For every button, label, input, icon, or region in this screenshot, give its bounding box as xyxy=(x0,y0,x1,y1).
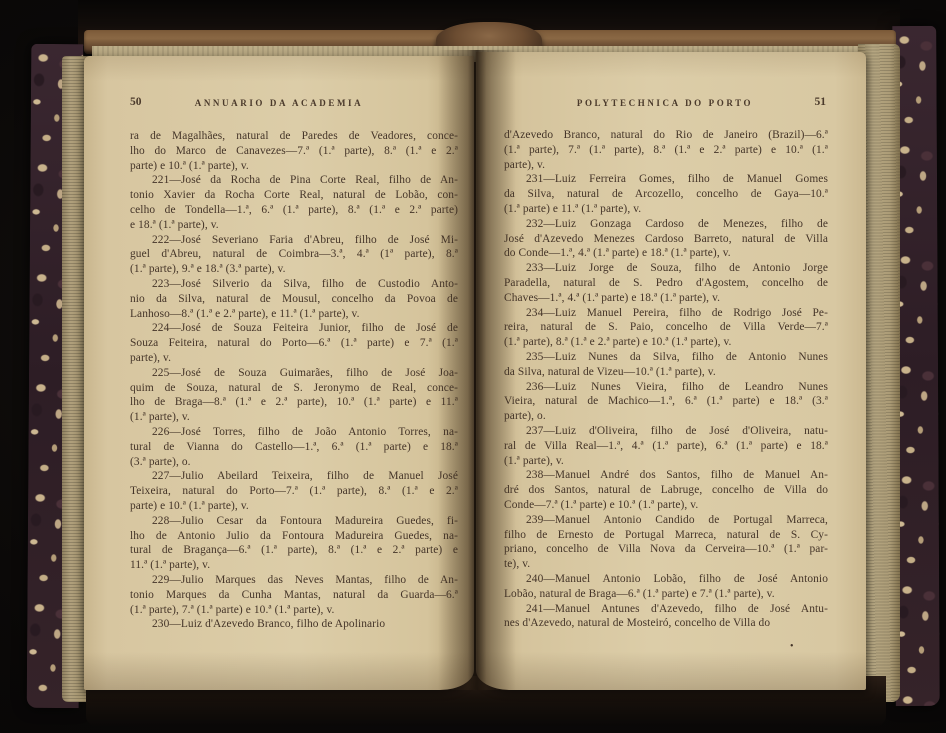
text-line: celho de Tondella—1.ª, 6.ª (1.ª parte), … xyxy=(130,203,458,218)
text-line: 226—José Torres, filho de João Antonio T… xyxy=(130,425,458,440)
text-line: Vieira, natural de Machico—1.ª, 6.ª (1.ª… xyxy=(504,394,828,409)
text-line: 241—Manuel Antunes d'Azevedo, filho de J… xyxy=(504,602,828,617)
text-line: ra de Magalhães, natural de Paredes de V… xyxy=(130,129,458,144)
text-line: Lobão, natural de Braga—6.ª (1.ª parte) … xyxy=(504,587,828,602)
text-line: tural de Bragança—6.ª (1.ª parte), 8.ª (… xyxy=(130,543,458,558)
text-line: tonio Marques da Cunha Mantas, natural d… xyxy=(130,588,458,603)
text-line: 232—Luiz Gonzaga Cardoso de Menezes, fil… xyxy=(504,217,828,232)
text-line: José d'Azevedo Menezes Cardoso Barreto, … xyxy=(504,232,828,247)
text-line: 238—Manuel André dos Santos, filho de Ma… xyxy=(504,468,828,483)
text-line: (3.ª parte), o. xyxy=(130,455,458,470)
text-line: 224—José de Souza Feiteira Junior, filho… xyxy=(130,321,458,336)
printer-mark: • xyxy=(790,641,794,652)
text-line: 233—Luiz Jorge de Souza, filho de Antoni… xyxy=(504,261,828,276)
book-photo: 50 ANNUARIO DA ACADEMIA ra de Magalhães,… xyxy=(0,0,946,733)
text-line: 228—Julio Cesar da Fontoura Madureira Gu… xyxy=(130,514,458,529)
text-line: (1.ª parte), 9.ª e 18.ª (3.ª parte), v. xyxy=(130,262,458,277)
right-page: POLYTECHNICA DO PORTO 51 d'Azevedo Branc… xyxy=(476,52,866,690)
text-line: 237—Luiz d'Oliveira, filho de José d'Oli… xyxy=(504,424,828,439)
right-page-number: 51 xyxy=(815,96,827,108)
right-page-text: d'Azevedo Branco, natural do Rio de Jane… xyxy=(504,128,828,631)
left-page-number: 50 xyxy=(130,96,142,108)
text-line: 223—José Silverio da Silva, filho de Cus… xyxy=(130,277,458,292)
text-line: Paradella, natural de S. Pedro d'Agostem… xyxy=(504,276,828,291)
text-line: 221—José da Rocha de Pina Corte Real, fi… xyxy=(130,173,458,188)
text-line: 235—Luiz Nunes da Silva, filho de Antoni… xyxy=(504,350,828,365)
text-line: priano, concelho de Villa Nova da Cervei… xyxy=(504,542,828,557)
text-line: da Silva, natural de Vizeu—10.ª (1.ª par… xyxy=(504,365,828,380)
text-line: lho de Antonio Julio da Fontoura Madurei… xyxy=(130,529,458,544)
text-line: parte), v. xyxy=(504,158,828,173)
text-line: (1.ª parte) e 11.ª (1.ª parte), v. xyxy=(504,202,828,217)
text-line: (1.ª parte), 7.ª (1.ª parte) e 10.ª (1.ª… xyxy=(130,603,458,618)
text-line: 225—José de Souza Guimarães, filho de Jo… xyxy=(130,366,458,381)
text-line: Teixeira, natural do Porto—7.ª (1.ª part… xyxy=(130,484,458,499)
text-line: 231—Luiz Ferreira Gomes, filho de Manuel… xyxy=(504,172,828,187)
text-line: Chaves—1.ª, 4.ª (1.ª parte) e 18.ª (1.ª … xyxy=(504,291,828,306)
text-line: parte), o. xyxy=(504,409,828,424)
text-line: lho de Braga—8.ª (1.ª e 2.ª parte), 10.ª… xyxy=(130,395,458,410)
text-line: filho de Ernesto de Portugal Marreca, na… xyxy=(504,528,828,543)
text-line: da Silva, natural de Arcozello, concelho… xyxy=(504,187,828,202)
text-line: tural de Vianna do Castello—1.ª, 6.ª (1.… xyxy=(130,440,458,455)
text-line: 227—Julio Abeilard Teixeira, filho de Ma… xyxy=(130,469,458,484)
text-line: e 18.ª (1.ª parte), v. xyxy=(130,218,458,233)
text-line: tonio Xavier da Rocha Corte Real, natura… xyxy=(130,188,458,203)
left-page-text: ra de Magalhães, natural de Paredes de V… xyxy=(130,129,458,632)
text-line: nes d'Azevedo, natural de Mosteiró, conc… xyxy=(504,616,828,631)
text-line: (1.ª parte), v. xyxy=(130,410,458,425)
text-line: 239—Manuel Antonio Candido de Portugal M… xyxy=(504,513,828,528)
text-line: 229—Julio Marques das Neves Mantas, filh… xyxy=(130,573,458,588)
text-line: nio da Silva, natural de Mousul, concelh… xyxy=(130,292,458,307)
text-line: (1.ª parte), 8.ª (1.ª e 2.ª parte) e 10.… xyxy=(504,335,828,350)
text-line: parte) e 10.ª (1.ª parte), v. xyxy=(130,499,458,514)
left-page: 50 ANNUARIO DA ACADEMIA ra de Magalhães,… xyxy=(84,56,474,690)
text-line: te), v. xyxy=(504,557,828,572)
text-line: dré dos Santos, natural de Labruge, conc… xyxy=(504,483,828,498)
text-line: Souza Feiteira, natural do Porto—6.ª (1.… xyxy=(130,336,458,351)
text-line: quim de Souza, natural de S. Jeronymo de… xyxy=(130,381,458,396)
text-line: (1.ª parte), 7.ª (1.ª parte), 8.ª (1.ª e… xyxy=(504,143,828,158)
text-line: 240—Manuel Antonio Lobão, filho de José … xyxy=(504,572,828,587)
text-line: Conde—7.ª (1.ª parte) e 10.ª (1.ª parte)… xyxy=(504,498,828,513)
text-line: do Conde—1.ª, 4.ª (1.ª parte) e 18.ª (1.… xyxy=(504,246,828,261)
text-line: 222—José Severiano Faria d'Abreu, filho … xyxy=(130,233,458,248)
text-line: lho do Marco de Canavezes—7.ª (1.ª parte… xyxy=(130,144,458,159)
left-running-title: ANNUARIO DA ACADEMIA xyxy=(130,98,428,108)
text-line: parte), v. xyxy=(130,351,458,366)
text-line: guel d'Abreu, natural de Coimbra—3.ª, 4.… xyxy=(130,247,458,262)
text-line: Lanhoso—8.ª (1.ª e 2.ª parte), e 11.ª (1… xyxy=(130,307,458,322)
text-line: d'Azevedo Branco, natural do Rio de Jane… xyxy=(504,128,828,143)
right-page-header: POLYTECHNICA DO PORTO 51 xyxy=(504,98,826,112)
text-line: (1.ª parte), v. xyxy=(504,454,828,469)
text-line: 230—Luiz d'Azevedo Branco, filho de Apol… xyxy=(130,617,458,632)
right-running-title: POLYTECHNICA DO PORTO xyxy=(504,98,826,108)
text-line: 11.ª (1.ª parte), v. xyxy=(130,558,458,573)
text-line: ral de Villa Real—1.ª, 4.ª (1.ª parte), … xyxy=(504,439,828,454)
left-page-header: 50 ANNUARIO DA ACADEMIA xyxy=(130,98,428,112)
text-line: 236—Luiz Nunes Vieira, filho de Leandro … xyxy=(504,380,828,395)
text-line: parte) e 10.ª (1.ª parte), v. xyxy=(130,159,458,174)
text-line: reira, natural de S. Paio, concelho de V… xyxy=(504,320,828,335)
text-line: 234—Luiz Manuel Pereira, filho de Rodrig… xyxy=(504,306,828,321)
